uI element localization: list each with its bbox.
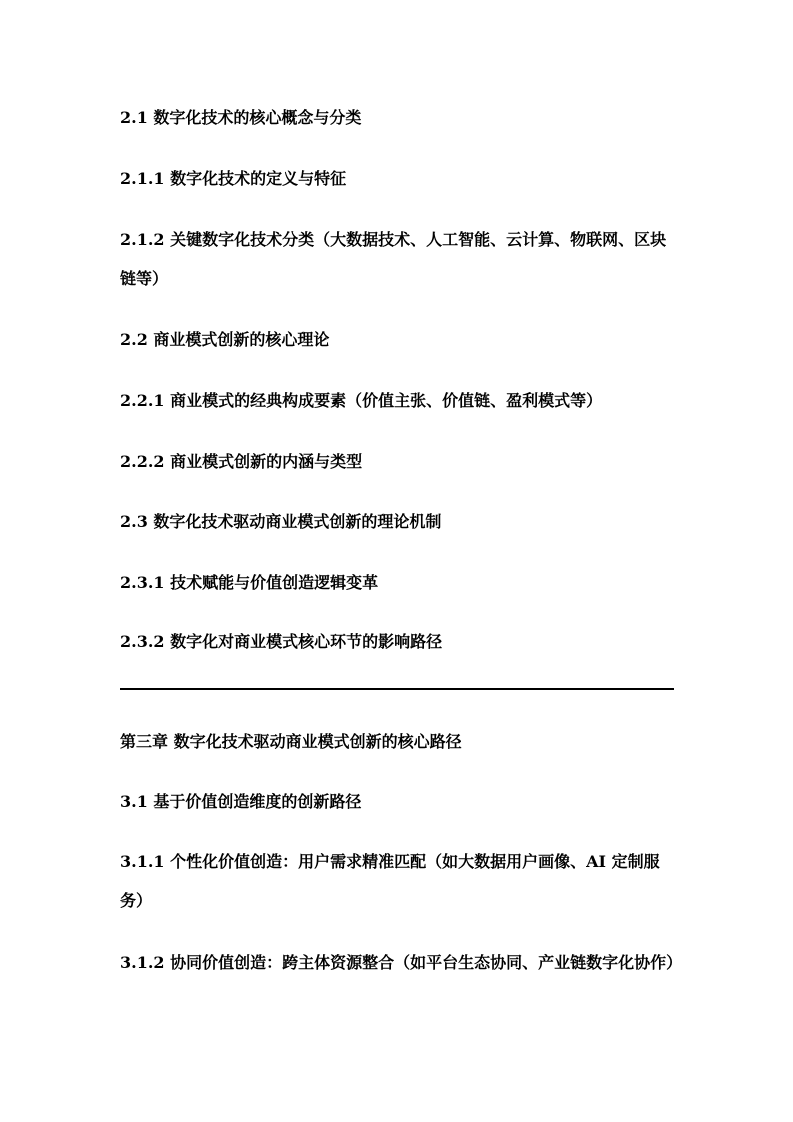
heading-2-1: 2.1 数字化技术的核心概念与分类: [120, 98, 676, 137]
heading-2-3: 2.3 数字化技术驱动商业模式创新的理论机制: [120, 502, 676, 541]
heading-2-3-1: 2.3.1 技术赋能与价值创造逻辑变革: [120, 563, 676, 602]
chapter-3-title: 第三章 数字化技术驱动商业模式创新的核心路径: [120, 722, 676, 761]
heading-2-3-2: 2.3.2 数字化对商业模式核心环节的影响路径: [120, 622, 676, 661]
heading-2-2-1: 2.2.1 商业模式的经典构成要素（价值主张、价值链、盈利模式等）: [120, 381, 676, 420]
heading-2-2-2: 2.2.2 商业模式创新的内涵与类型: [120, 442, 676, 481]
heading-2-2: 2.2 商业模式创新的核心理论: [120, 320, 676, 359]
heading-3-1-1: 3.1.1 个性化价值创造：用户需求精准匹配（如大数据用户画像、AI 定制服务）: [120, 842, 676, 920]
horizontal-rule: [120, 688, 674, 690]
heading-3-1: 3.1 基于价值创造维度的创新路径: [120, 782, 676, 821]
heading-2-1-1: 2.1.1 数字化技术的定义与特征: [120, 159, 676, 198]
heading-2-1-2: 2.1.2 关键数字化技术分类（大数据技术、人工智能、云计算、物联网、区块链等）: [120, 220, 676, 298]
heading-3-1-2: 3.1.2 协同价值创造：跨主体资源整合（如平台生态协同、产业链数字化协作）: [120, 943, 676, 982]
